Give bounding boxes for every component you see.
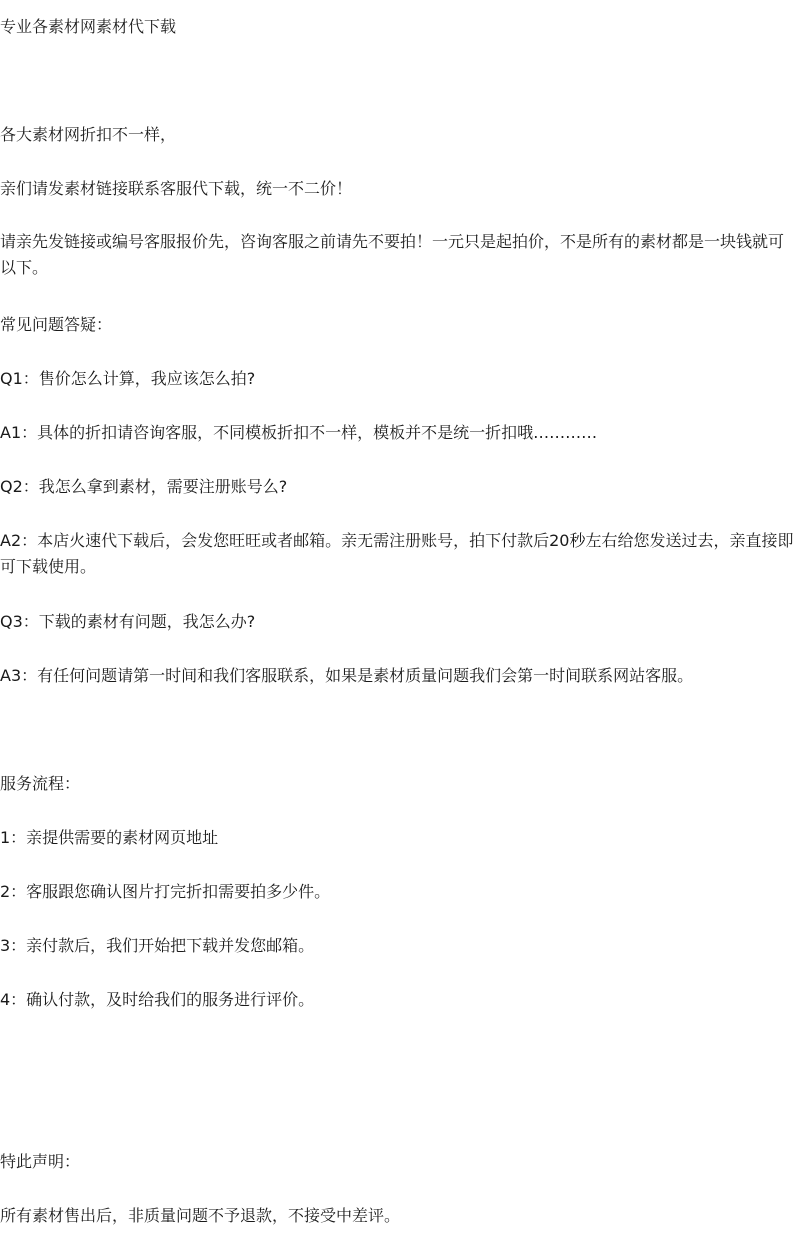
faq-answer-2: A2：本店火速代下载后，会发您旺旺或者邮箱。亲无需注册账号，拍下付款后20秒左右…: [0, 528, 798, 580]
process-step-1: 1：亲提供需要的素材网页地址: [0, 827, 218, 849]
intro-notice-text: 请亲先发链接或编号客服报价先，咨询客服之前请先不要拍！一元只是起拍价，不是所有的…: [0, 229, 798, 281]
intro-contact-text: 亲们请发素材链接联系客服代下载，统一不二价！: [0, 178, 352, 200]
statement-heading: 特此声明：: [0, 1151, 80, 1173]
faq-answer-1: A1：具体的折扣请咨询客服，不同模板折扣不一样，模板并不是统一折扣哦…………: [0, 422, 597, 444]
statement-text: 所有素材售出后，非质量问题不予退款，不接受中差评。: [0, 1205, 400, 1227]
page-title: 专业各素材网素材代下载: [0, 16, 176, 38]
process-heading: 服务流程：: [0, 773, 80, 795]
faq-heading: 常见问题答疑：: [0, 314, 112, 336]
process-step-3: 3：亲付款后，我们开始把下载并发您邮箱。: [0, 935, 314, 957]
intro-discount-text: 各大素材网折扣不一样，: [0, 124, 176, 146]
faq-answer-3: A3：有任何问题请第一时间和我们客服联系，如果是素材质量问题我们会第一时间联系网…: [0, 665, 693, 687]
faq-question-3: Q3：下载的素材有问题，我怎么办?: [0, 611, 255, 633]
process-step-2: 2：客服跟您确认图片打完折扣需要拍多少件。: [0, 881, 330, 903]
process-step-4: 4：确认付款，及时给我们的服务进行评价。: [0, 989, 314, 1011]
faq-question-2: Q2：我怎么拿到素材，需要注册账号么?: [0, 476, 287, 498]
faq-question-1: Q1：售价怎么计算，我应该怎么拍?: [0, 368, 255, 390]
